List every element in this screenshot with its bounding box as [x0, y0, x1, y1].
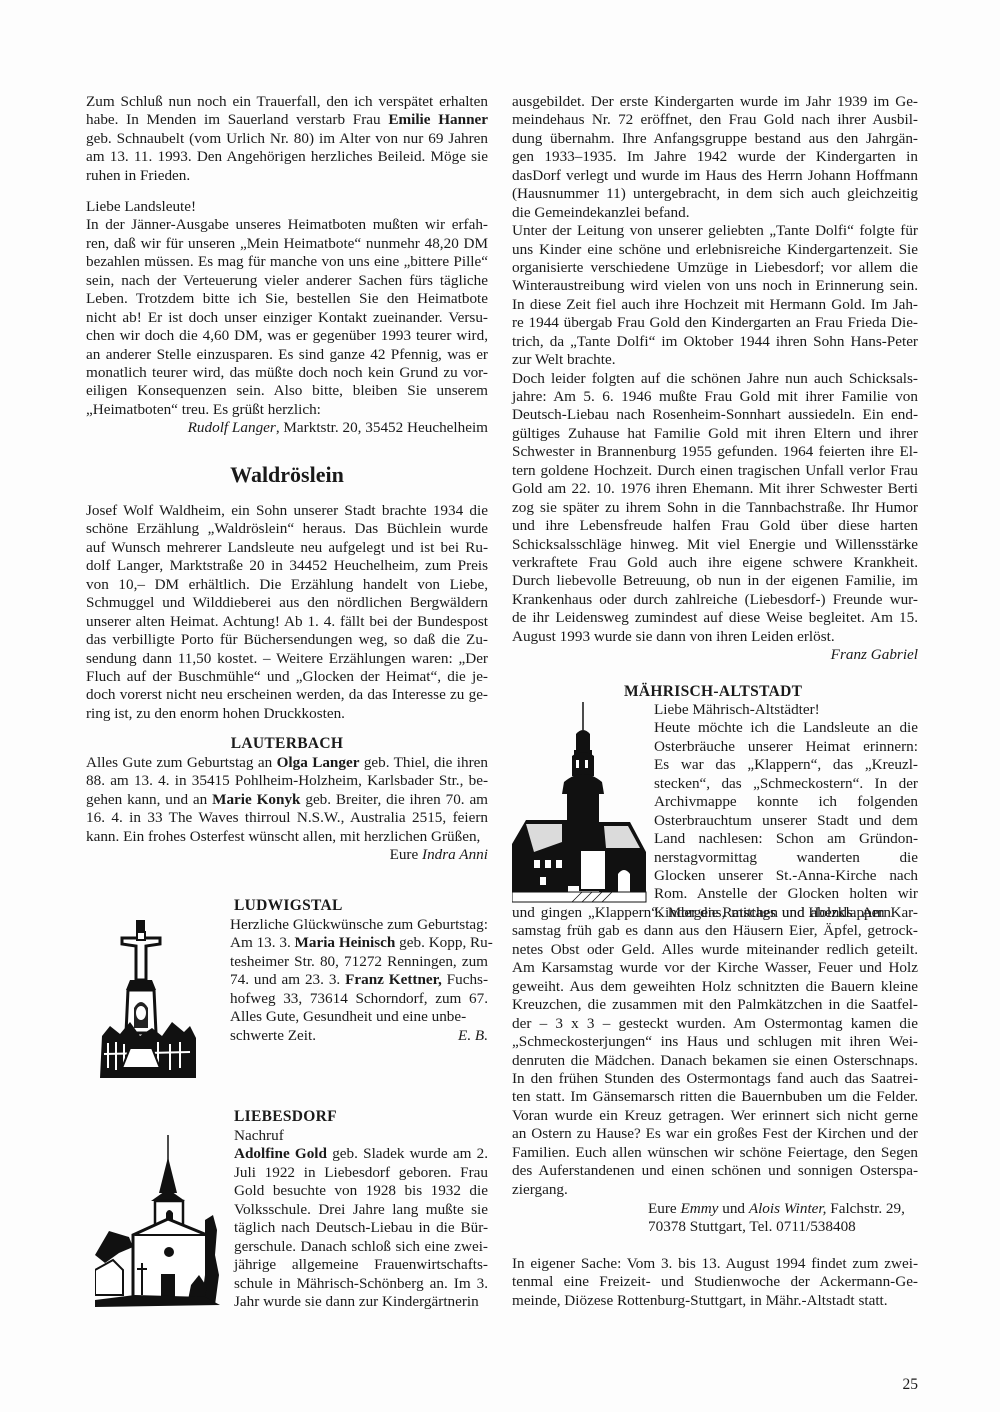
text-line: Archivmappe konnte ich folgenden	[654, 793, 918, 811]
text-line: netes Obst oder Geld. Alles wurde mitein…	[512, 941, 918, 959]
text-line: Land nachlesen: Schon am Gründon-	[654, 830, 918, 848]
text-line: Unter der Leitung von unserer geliebten …	[512, 222, 918, 240]
text-line: re 1944 übergab Frau Gold den Kindergart…	[512, 314, 918, 332]
text-line: auf Wunsch mehrerer Landsleute neu aufge…	[86, 539, 488, 557]
text-line: Adolfine Gold geb. Sladek wurde am 2.	[234, 1145, 488, 1163]
text-line: Glocken unserer St.-Anna-Kirche nach	[654, 867, 918, 885]
signature-line-1: Eure Emmy und Alois Winter, Falchstr. 29…	[648, 1200, 918, 1218]
text-line: In der Jänner-Ausgabe unseres Heimatbote…	[86, 216, 488, 234]
liebesdorf-body: Nachruf Adolfine Gold geb. Sladek wurde …	[234, 1127, 488, 1311]
text-line: denruten die Mädchen. Danach bekamen sie…	[512, 1052, 918, 1070]
text-line: Juli 1922 in Liebesdorf geboren. Frau	[234, 1164, 488, 1182]
liebesdorf-text: Adolfine Gold geb. Sladek wurde am 2.Jul…	[234, 1145, 488, 1311]
signature-line-2: 70378 Stuttgart, Tel. 0711/538408	[648, 1218, 918, 1236]
obituary-intro: Zum Schluß nun noch ein Trauerfall, den …	[86, 93, 488, 185]
text-line: Schmuggel und Wilddieberei aus den nördl…	[86, 594, 488, 612]
text-line: ruhen in Frieden.	[86, 167, 488, 185]
letter-body: In der Jänner-Ausgabe unseres Heimatbote…	[86, 216, 488, 419]
text-line: „Heimatboten“ treu. Es grüßt herzlich:	[86, 401, 488, 419]
text-line: uns Kinder eine schöne und erlebnisreich…	[512, 241, 918, 259]
text-line: des Auferstandenen und einen schönen und…	[512, 1162, 918, 1180]
text-line: schöne Erzählung „Waldröslein“ heraus. D…	[86, 520, 488, 538]
maehrisch-altstadt-wide-text: und gingen „Klappern“. Morgens, mittags …	[512, 904, 918, 1199]
section-heading-maehrisch-altstadt: MÄHRISCH-ALTSTADT	[624, 683, 802, 701]
text-line: sein, nach der Verteuerung vieler andere…	[86, 272, 488, 290]
text-line: monatlich teurer wird, das müßte doch no…	[86, 364, 488, 382]
text-line: gültiges Zuhause hat Familie Gold mit ih…	[512, 425, 918, 443]
text-line: tenmal eine Freizeit- und Studienwoche d…	[512, 1273, 918, 1291]
maehrisch-altstadt-wide: und gingen „Klappern“. Morgens, mittags …	[512, 904, 918, 1199]
text-line: Rom. Anstelle der Glocken holten wir	[654, 885, 918, 903]
text-line: Heute möchte ich die Landsleute an die	[654, 719, 918, 737]
text-line: kann. Ein frohes Osterfest wünscht allen…	[86, 828, 488, 846]
lauterbach-signature: Eure Indra Anni	[86, 846, 488, 864]
text-line: Osterbräuche unserer Heimat erinnern:	[654, 738, 918, 756]
text-line: unserer alten Heimat. Achtung! Ab 1. 4. …	[86, 613, 488, 631]
section-heading-lauterbach: LAUTERBACH	[86, 735, 488, 753]
text-line: ren, daß wir für unseren „Mein Heimatbot…	[86, 235, 488, 253]
text-line: geb. Schnaubelt (vom Urlich Nr. 80) im A…	[86, 130, 488, 148]
text-line: Deutsch-Liebau nach Rosenheim-Sonnhart a…	[512, 406, 918, 424]
liebesdorf-continued-text: ausgebildet. Der erste Kindergarten wurd…	[512, 93, 918, 646]
text-line: gerschule. Danach schloß sich eine zwei-	[234, 1238, 488, 1256]
text-line: Durch liebevolle Betreuung, ob nun in de…	[512, 572, 918, 590]
text-line: (Hausnummer 11) untergebracht, in dem si…	[512, 185, 918, 203]
text-line: Es war das „Klappern“, das „Kreuzl-	[654, 756, 918, 774]
maehrisch-altstadt-narrow-text: Heute möchte ich die Landsleute an dieOs…	[654, 719, 918, 922]
text-line: dolf Langer, Marktstraße 20 in 34452 Heu…	[86, 557, 488, 575]
text-line: jährige allgemeine Frauenwirtschafts-	[234, 1256, 488, 1274]
town-hall-illustration-icon	[512, 702, 647, 907]
text-line: samstag früh gab es dann aus den Häusern…	[512, 922, 918, 940]
text-line: Leben. Trotzdem bitte ich Sie, bestellen…	[86, 290, 488, 308]
liebesdorf-signature: Franz Gabriel	[512, 646, 918, 664]
text-line: dung übernahm. Ihre Anfangsgruppe bestan…	[512, 130, 918, 148]
wayside-cross-illustration-icon	[100, 918, 225, 1078]
text-line: Winteraustreibung wird vielen von uns no…	[512, 277, 918, 295]
text-line: Osterbrauchtum unserer Stadt und dem	[654, 812, 918, 830]
text-line: schule in Mährisch-Schönberg an. Im 3.	[234, 1275, 488, 1293]
page-number: 25	[894, 1376, 918, 1394]
lauterbach-text: Alles Gute zum Geburtstag an Olga Langer…	[86, 754, 488, 846]
text-line: Alles Gute zum Geburtstag an Olga Langer…	[86, 754, 488, 772]
text-line: ziergang.	[512, 1181, 918, 1199]
text-line: das verbilligte Porto für Büchersendunge…	[86, 631, 488, 649]
eigene-sache-notice: In eigener Sache: Vom 3. bis 13. August …	[512, 1255, 918, 1310]
text-line: an anderer Stelle einzusparen. Es sind g…	[86, 346, 488, 364]
letter-greeting: Liebe Landsleute!	[86, 198, 488, 216]
text-line: tesheimer Str. 80, 71272 Renningen, zum	[230, 953, 488, 971]
text-line: von 10,– DM erhältlich. Die Erzählung ha…	[86, 576, 488, 594]
text-line: Kreuzchen, die zusammen mit den Palmkätz…	[512, 996, 918, 1014]
text-line: Am 13. 3. Maria Heinisch geb. Kopp, Ru-	[230, 934, 488, 952]
text-line: Josef Wolf Waldheim, ein Sohn unserer St…	[86, 502, 488, 520]
text-line: In den frühen Stunden des Ostermontags f…	[512, 1070, 918, 1088]
text-line: ausgebildet. Der erste Kindergarten wurd…	[512, 93, 918, 111]
text-line: bezahlen müssen. Es mag für manche von u…	[86, 253, 488, 271]
text-line: de ihr Leidensweg zumindest auf diese We…	[512, 609, 918, 627]
text-line: Volksschule. Drei Jahre lang mußte sie	[234, 1201, 488, 1219]
maehrisch-altstadt-greeting: Liebe Mährisch-Altstädter!	[654, 701, 918, 719]
text-line: Familien. Euch allen wünschen wir schöne…	[512, 1144, 918, 1162]
text-line: zog sie später zu ihrem Sohn in die Tann…	[512, 499, 918, 517]
liebesdorf-subheading: Nachruf	[234, 1127, 488, 1145]
lauterbach-body: Alles Gute zum Geburtstag an Olga Langer…	[86, 754, 488, 865]
text-line: Am Karsamstag wurde vor der Kirche Wasse…	[512, 959, 918, 977]
text-line: Alles Gute, Gesundheit und eine unbe-	[230, 1008, 488, 1026]
text-line: täglich nach Deutsch-Liebau in die Bür-	[234, 1219, 488, 1237]
text-line: Doch leider folgten auf die schönen Jahr…	[512, 370, 918, 388]
text-line: Fluch auf der Buschmühle“ und „Glocken d…	[86, 668, 488, 686]
ludwigstal-body: Herzliche Glückwünsche zum Geburtstag:Am…	[230, 916, 488, 1045]
text-line: und gingen „Klappern“. Morgens, mittags …	[512, 904, 918, 922]
text-line: Schwester in Brannenburg 1955 gefunden. …	[512, 443, 918, 461]
text-line: am 13. 11. 1993. Den Angehörigen herzlic…	[86, 148, 488, 166]
text-line: Gold besuchte von 1928 bis 1932 die	[234, 1182, 488, 1200]
chapel-illustration-icon	[95, 1135, 230, 1310]
text-line: hofweg 33, 73614 Schorndorf, zum 67.	[230, 990, 488, 1008]
text-line: gen 1933–1935. Im Jahre 1942 wurde der K…	[512, 148, 918, 166]
text-line: doch vorerst nicht neu erscheinen werden…	[86, 686, 488, 704]
text-line: verkraftete Frau Gold auch ihre eigene s…	[512, 554, 918, 572]
text-line: Zum Schluß nun noch ein Trauerfall, den …	[86, 93, 488, 111]
text-line: organisierte verschiedene Umzüge in Lieb…	[512, 259, 918, 277]
text-line: nicht ab! Er ist doch unser einziger Kon…	[86, 309, 488, 327]
text-line: trich, da „Tante Dolfi“ im Oktober 1944 …	[512, 333, 918, 351]
text-line: der – 3 x 3 – gesteckt wurden. Am Osterm…	[512, 1015, 918, 1033]
text-line: und ihre Lebensfreude halfen Frau Gold ü…	[512, 517, 918, 535]
text-line: die Gemeindekanzlei befand.	[512, 204, 918, 222]
text-line: Jahr wurde sie dann zur Kindergärtnerin	[234, 1293, 488, 1311]
maehrisch-altstadt-signature: Eure Emmy und Alois Winter, Falchstr. 29…	[648, 1200, 918, 1237]
section-heading-liebesdorf: LIEBESDORF	[234, 1108, 337, 1126]
text-line: nerstagvormittag wanderten die	[654, 849, 918, 867]
text-line: chen wir doch die 4,60 DM, was er gegenü…	[86, 327, 488, 345]
text-line: meindehaus Nr. 72 eröffnet, den Frau Gol…	[512, 111, 918, 129]
text-line: Voran wurde ein Kreuz getragen. Wer erin…	[512, 1107, 918, 1125]
letter-section: Liebe Landsleute! In der Jänner-Ausgabe …	[86, 198, 488, 438]
text-line: dasDorf verlegt und wurde im Haus des He…	[512, 167, 918, 185]
text-line: In diese Zeit fiel auch ihre Hochzeit mi…	[512, 296, 918, 314]
article-title-waldroeslein: Waldröslein	[0, 462, 574, 488]
text-line: ten statt. Im Gänsemarsch ritten die Bau…	[512, 1088, 918, 1106]
text-line: Herzliche Glückwünsche zum Geburtstag:	[230, 916, 488, 934]
liebesdorf-continued: ausgebildet. Der erste Kindergarten wurd…	[512, 93, 918, 665]
text-line: 74. und am 23. 3. Franz Kettner, Fuchs-	[230, 971, 488, 989]
text-line: meinde, Diözese Rottenburg-Stuttgart, in…	[512, 1292, 918, 1310]
text-line: ring ist, zu den enorm hohen Druckkosten…	[86, 705, 488, 723]
ludwigstal-last-line: schwerte Zeit. E. B.	[230, 1027, 488, 1045]
text-line: sendung dann 11,50 kostet. – Weitere Erz…	[86, 650, 488, 668]
text-line: Gold am 22. 10. 1976 ihren Ehemann. Mit …	[512, 480, 918, 498]
text-line: eiligen Konsequenzen sein. Also bitte, b…	[86, 382, 488, 400]
ludwigstal-initials: E. B.	[458, 1027, 488, 1045]
text-line: habe. In Menden im Sauerland verstarb Fr…	[86, 111, 488, 129]
text-line: tern goldene Hochzeit. Durch einen tragi…	[512, 462, 918, 480]
text-line: 16. 4. in 33 The Waves thirroul N.S.W., …	[86, 809, 488, 827]
text-line: stecken“, das „Schmeckostern“. In der	[654, 775, 918, 793]
text-line: 88. am 13. 4. in 35415 Pohlheim-Holzheim…	[86, 772, 488, 790]
text-line: zur Welt brachte.	[512, 351, 918, 369]
maehrisch-altstadt-narrow: Liebe Mährisch-Altstädter! Heute möchte …	[654, 701, 918, 922]
newsletter-page: Zum Schluß nun noch ein Trauerfall, den …	[0, 0, 1000, 1412]
section-heading-ludwigstal: LUDWIGSTAL	[234, 897, 343, 915]
text-line: In eigener Sache: Vom 3. bis 13. August …	[512, 1255, 918, 1273]
text-line: August 1993 wurde sie dann von ihren Lei…	[512, 628, 918, 646]
text-line: an Ostern zu Hause? Es war ein großes Fe…	[512, 1125, 918, 1143]
text-line: „Schmeckosterjungen“ ins Haus und schlug…	[512, 1033, 918, 1051]
ludwigstal-text: Herzliche Glückwünsche zum Geburtstag:Am…	[230, 916, 488, 1027]
text-line: gehen kann, und an Marie Konyk geb. Brei…	[86, 791, 488, 809]
text-line: Schicksalsschläge hinweg. Mit viel Energ…	[512, 536, 918, 554]
text-line: geweiht. Aus dem geweihten Holz schnitzt…	[512, 978, 918, 996]
text-line: Krankenhaus oder durch zahlreiche (Liebe…	[512, 591, 918, 609]
waldroeslein-body: Josef Wolf Waldheim, ein Sohn unserer St…	[86, 502, 488, 723]
text-line: jahre: Am 5. 6. 1946 mußte Frau Gold mit…	[512, 388, 918, 406]
letter-signature: Rudolf Langer, Marktstr. 20, 35452 Heuch…	[86, 419, 488, 437]
